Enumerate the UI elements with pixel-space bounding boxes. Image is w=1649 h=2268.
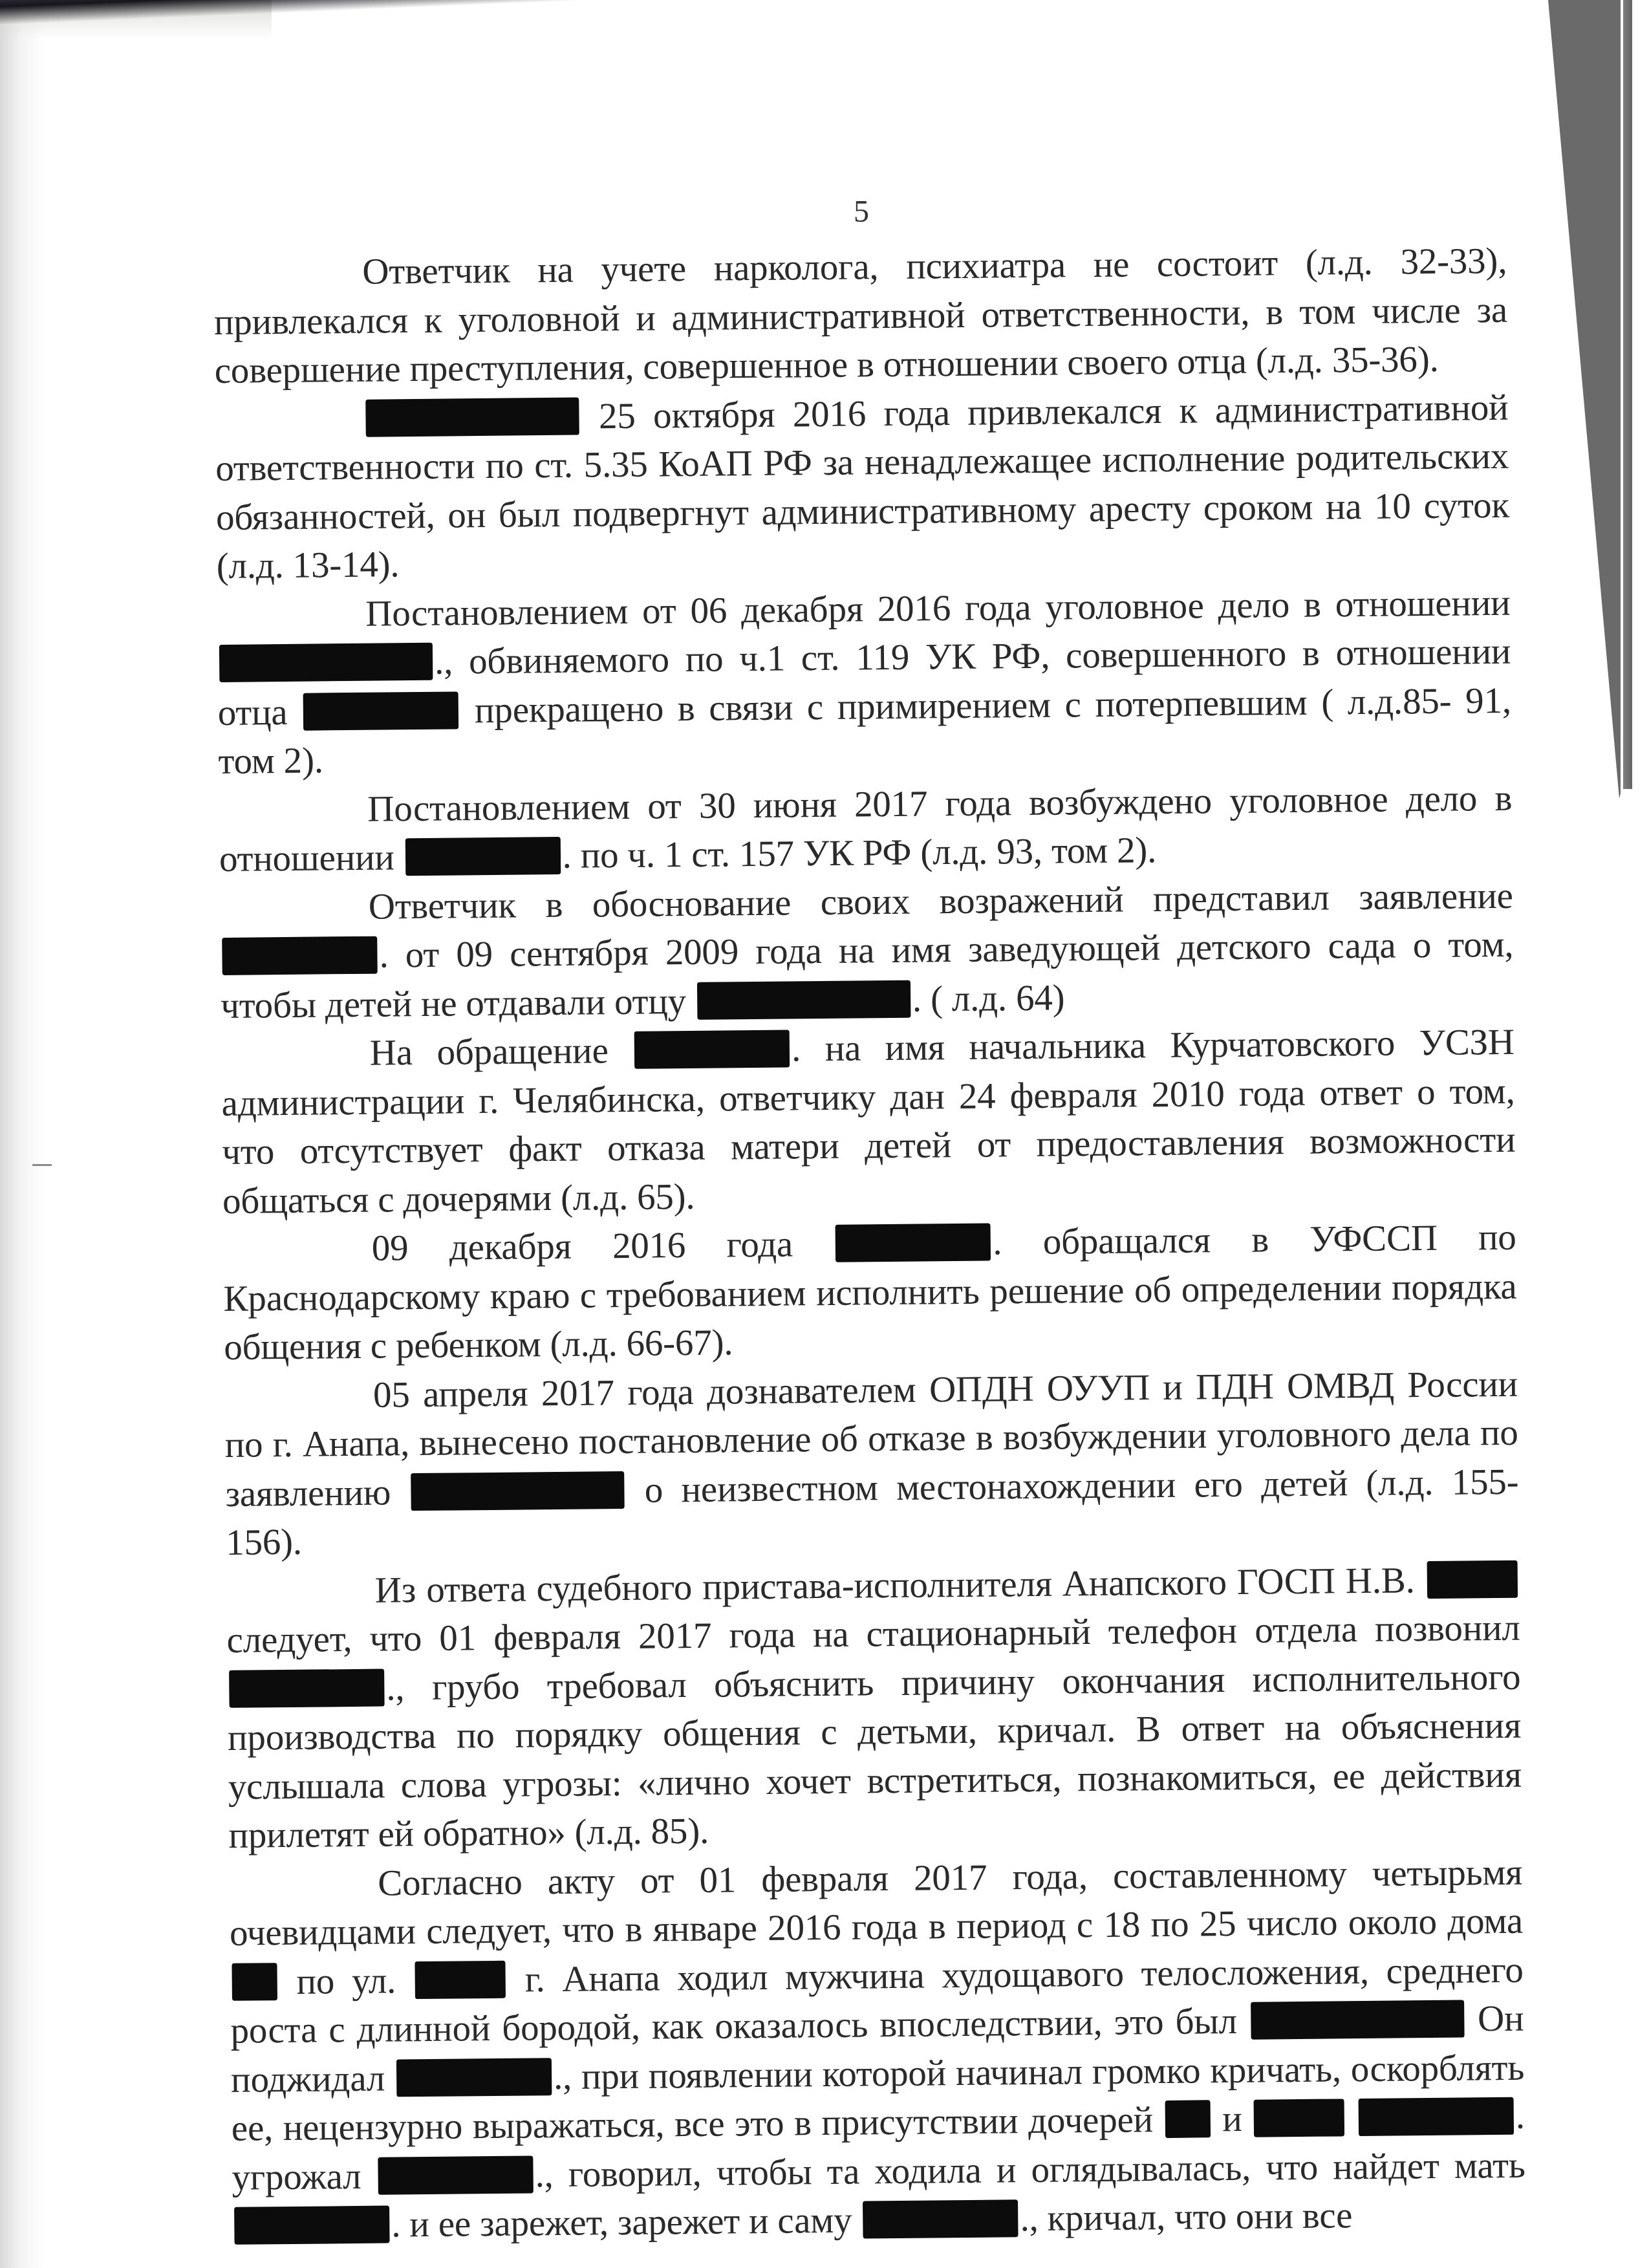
- document-body: Ответчик на учете нарколога, психиатра н…: [213, 237, 1526, 2251]
- paragraph-text: Согласно акту от 01 февраля 2017 года, с…: [230, 1852, 1524, 1954]
- paragraph: Постановлением от 06 декабря 2016 года у…: [217, 578, 1512, 786]
- paragraph: Ответчик в обоснование своих возражений …: [219, 871, 1514, 1030]
- paragraph-text: по ул.: [279, 1960, 413, 2002]
- scan-fold-shadow: [0, 0, 45, 2268]
- paragraph-text: Ответчик в обоснование своих возражений …: [368, 875, 1513, 927]
- redaction-mark: [396, 2058, 552, 2097]
- paragraph-text: . ( л.д. 64): [912, 977, 1065, 1019]
- redaction-mark: [634, 1030, 790, 1069]
- paragraph-text: Ответчик на учете нарколога, психиатра н…: [214, 241, 1508, 391]
- paragraph-text: . и ее зарежет, зарежет и саму: [391, 2200, 861, 2245]
- redaction-mark: [1427, 1560, 1518, 1598]
- redaction-mark: [697, 980, 911, 1019]
- paragraph: Из ответа судебного пристава-исполнителя…: [226, 1555, 1522, 1860]
- redaction-mark: [378, 2155, 533, 2194]
- paragraph: Постановлением от 30 июня 2017 года возб…: [219, 773, 1513, 883]
- paragraph: Ответчик на учете нарколога, психиатра н…: [213, 237, 1508, 396]
- paragraph-text: следует, что 01 февраля 2017 года на ста…: [226, 1608, 1520, 1661]
- redaction-mark: [234, 2206, 390, 2245]
- redaction-mark: [303, 691, 459, 730]
- paragraph-text: . по ч. 1 ст. 157 УК РФ (л.д. 93, том 2)…: [562, 830, 1156, 876]
- paragraph: 25 октября 2016 года привлекался к админ…: [215, 383, 1510, 590]
- redaction-mark: [1165, 2100, 1211, 2138]
- paragraph-text: [1346, 2097, 1357, 2138]
- redaction-mark: [863, 2199, 1018, 2238]
- paragraph-text: ., говорил, чтобы та ходила и оглядывала…: [535, 2144, 1525, 2195]
- paragraph-text: Постановлением от 06 декабря 2016 года у…: [365, 582, 1511, 634]
- paragraph-text: ., грубо требовал объяснить причину окон…: [228, 1656, 1522, 1856]
- redaction-mark: [365, 397, 579, 437]
- paragraph-text: и: [1212, 2099, 1252, 2140]
- redaction-mark: [835, 1224, 991, 1262]
- redaction-mark: [222, 936, 378, 975]
- redaction-mark: [1251, 2000, 1465, 2040]
- redaction-mark: [411, 1471, 625, 1510]
- paragraph: 05 апреля 2017 года дознавателем ОПДН ОУ…: [224, 1359, 1520, 1567]
- paragraph-text: Из ответа судебного пристава-исполнителя…: [375, 1560, 1426, 1611]
- redaction-mark: [415, 1960, 506, 1998]
- redaction-mark: [1358, 2097, 1514, 2136]
- paragraph: 09 декабря 2016 года . обращался в УФССП…: [222, 1213, 1517, 1372]
- paragraph-text: ., кричал, что они все: [1020, 2195, 1352, 2239]
- redaction-mark: [232, 1963, 277, 2001]
- scan-fold-mark: [32, 1164, 52, 1166]
- redaction-mark: [1254, 2099, 1345, 2137]
- redaction-mark: [405, 837, 561, 876]
- paragraph: На обращение . на имя начальника Курчато…: [221, 1018, 1516, 1226]
- scan-right-edge: [1623, 0, 1632, 789]
- paragraph-text: 09 декабря 2016 года: [372, 1224, 834, 1269]
- paragraph: Согласно акту от 01 февраля 2017 года, с…: [229, 1848, 1526, 2251]
- page-number: 5: [854, 194, 869, 230]
- redaction-mark: [229, 1669, 385, 1707]
- paragraph-text: На обращение: [370, 1030, 633, 1074]
- redaction-mark: [219, 643, 433, 682]
